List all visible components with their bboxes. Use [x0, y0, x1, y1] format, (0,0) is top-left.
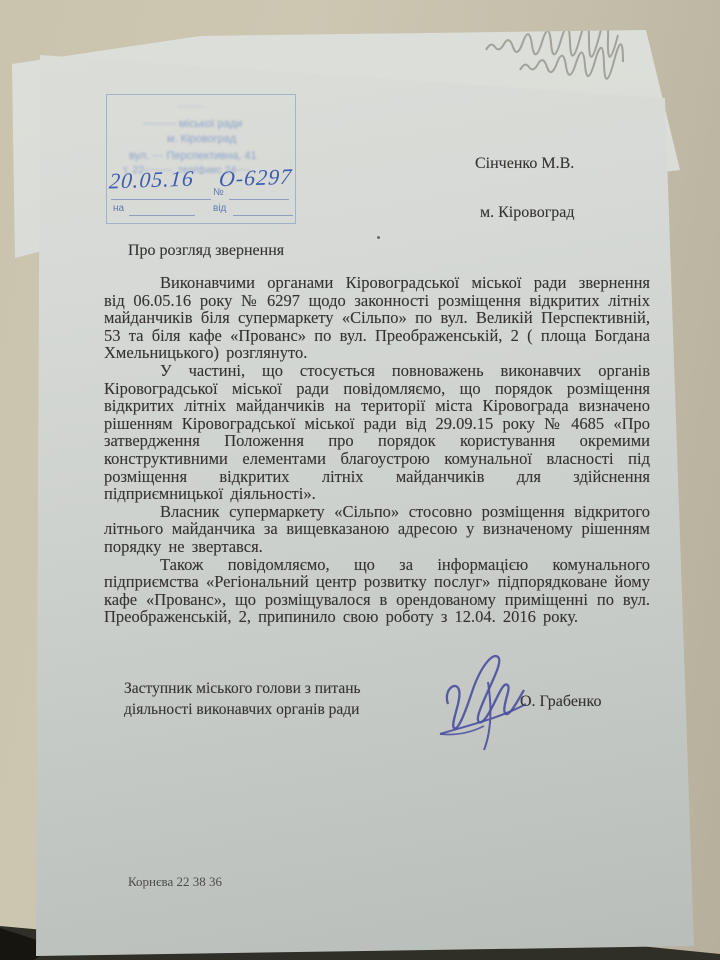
stamp-line: вул. ⋯ Перспективна, 41: [129, 149, 257, 162]
stamp-number-line: [229, 199, 289, 200]
signature-title-line1: Заступник міського голови з питань: [124, 680, 361, 698]
signature-title-line2: діяльності виконавчих органів ради: [124, 701, 359, 719]
paragraph: Також повідомляємо, що за інформацією ко…: [104, 556, 650, 626]
paragraph: Виконавчими органами Кіровоградської міс…: [104, 274, 650, 362]
pencil-handwriting-icon: [478, 30, 668, 80]
recipient-name: Сінченко М.В.: [475, 155, 574, 173]
stamp-field-na: на: [113, 203, 124, 214]
city-line: м. Кіровоград: [480, 204, 575, 222]
stamp-line: ⋯⋯⋯ міської ради: [143, 117, 242, 130]
stamp-field-vid: від: [213, 203, 226, 214]
registration-stamp: ⋯⋯⋯ ⋯⋯⋯ міської ради м. Кіровоград вул. …: [106, 94, 296, 224]
stamp-vid-line: [233, 215, 293, 216]
signer-name: О. Грабенко: [520, 693, 601, 711]
paper-speck: [377, 236, 380, 239]
stamp-line: м. Кіровоград: [167, 133, 236, 145]
subject-line: Про розгляд звернення: [128, 242, 284, 260]
letter-sheet: ⋯⋯⋯ ⋯⋯⋯ міської ради м. Кіровоград вул. …: [0, 0, 720, 960]
stamp-date-line: [111, 199, 211, 200]
stamp-na-line: [129, 215, 195, 216]
executor-phone: Корнєва 22 38 36: [128, 874, 222, 890]
letter-body: Виконавчими органами Кіровоградської міс…: [104, 274, 650, 626]
photo-of-letter: ⋯⋯⋯ ⋯⋯⋯ міської ради м. Кіровоград вул. …: [0, 0, 720, 960]
stamp-line: ⋯⋯⋯: [177, 101, 204, 112]
paragraph: У частині, що стосується повноважень вик…: [104, 362, 650, 503]
paragraph: Власник супермаркету «Сільпо» стосовно р…: [104, 503, 650, 556]
handwritten-number: О-6297: [218, 164, 293, 193]
